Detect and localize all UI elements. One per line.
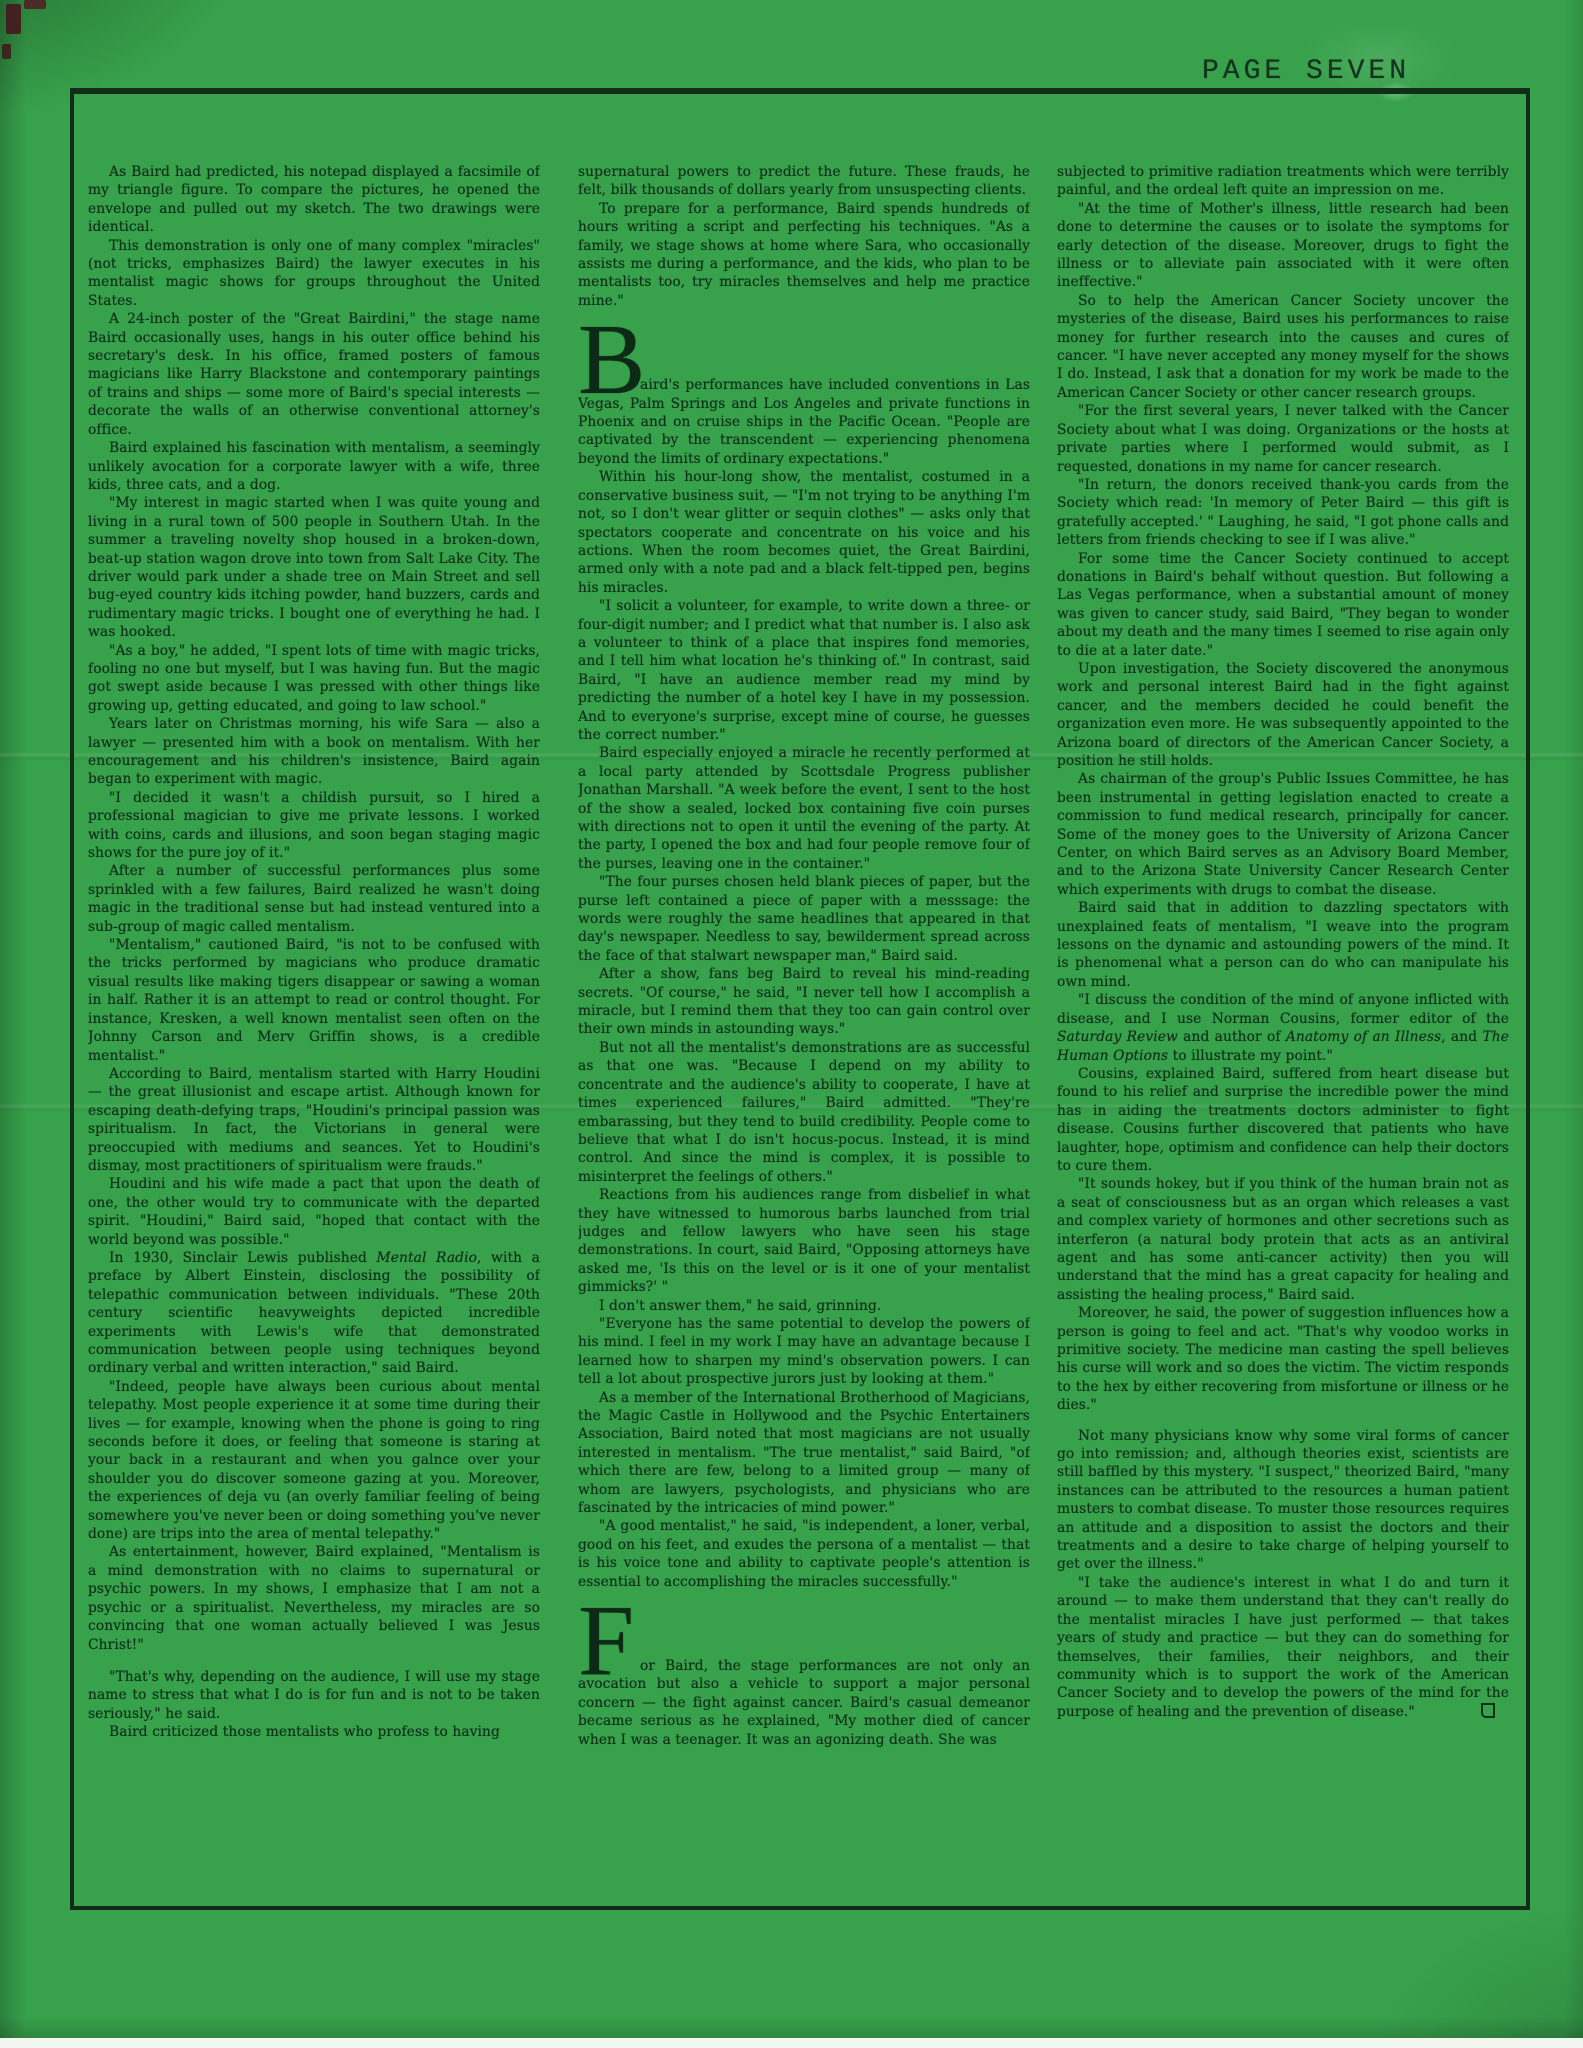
text-run: But not all the mentalist's demonstratio… bbox=[578, 1040, 1030, 1185]
paragraph: "A good mentalist," he said, "is indepen… bbox=[578, 1517, 1030, 1591]
text-run: "A good mentalist," he said, "is indepen… bbox=[578, 1518, 1030, 1589]
text-run: After a number of successful performance… bbox=[88, 863, 540, 934]
italic-title: Saturday Review bbox=[1057, 1029, 1178, 1045]
text-run: to illustrate my point." bbox=[1168, 1048, 1333, 1064]
paragraph: After a show, fans beg Baird to reveal h… bbox=[578, 965, 1030, 1039]
text-run: Baird explained his fascination with men… bbox=[88, 440, 540, 493]
paragraph: I don't answer them," he said, grinning. bbox=[578, 1297, 1030, 1315]
text-run: "In return, the donors received thank-yo… bbox=[1057, 477, 1509, 548]
paragraph: In 1930, Sinclair Lewis published Mental… bbox=[88, 1249, 540, 1378]
paragraph: As a member of the International Brother… bbox=[578, 1389, 1030, 1518]
drop-cap-letter: B bbox=[578, 319, 645, 399]
text-run: "That's why, depending on the audience, … bbox=[88, 1669, 540, 1722]
paragraph: "In return, the donors received thank-yo… bbox=[1057, 476, 1509, 550]
paragraph: "My interest in magic started when I was… bbox=[88, 494, 540, 641]
paragraph: "That's why, depending on the audience, … bbox=[88, 1668, 540, 1723]
article-column-left: As Baird had predicted, his notepad disp… bbox=[88, 163, 540, 1908]
paragraph: "I take the audience's interest in what … bbox=[1057, 1574, 1509, 1721]
text-run: As a member of the International Brother… bbox=[578, 1390, 1030, 1516]
paragraph: "At the time of Mother's illness, little… bbox=[1057, 200, 1509, 292]
text-run: I don't answer them," he said, grinning. bbox=[599, 1298, 881, 1314]
text-run: and author of bbox=[1178, 1029, 1286, 1045]
article-column-right: subjected to primitive radiation treatme… bbox=[1057, 163, 1509, 1908]
scan-artifact bbox=[6, 4, 21, 34]
text-run: "Everyone has the same potential to deve… bbox=[578, 1316, 1030, 1387]
paragraph: Baird especially enjoyed a miracle he re… bbox=[578, 744, 1030, 873]
paragraph: After a number of successful performance… bbox=[88, 862, 540, 936]
article-column-middle: supernatural powers to predict the futur… bbox=[578, 163, 1030, 1908]
text-run: Moreover, he said, the power of suggesti… bbox=[1057, 1305, 1509, 1413]
text-run: supernatural powers to predict the futur… bbox=[578, 164, 1030, 198]
paragraph: Reactions from his audiences range from … bbox=[578, 1186, 1030, 1296]
text-run: "Mentalism," cautioned Baird, "is not to… bbox=[88, 937, 540, 1063]
paragraph: subjected to primitive radiation treatme… bbox=[1057, 163, 1509, 200]
text-run: As entertainment, however, Baird explain… bbox=[88, 1544, 540, 1652]
paragraph: As entertainment, however, Baird explain… bbox=[88, 1543, 540, 1653]
paragraph: "As a boy," he added, "I spent lots of t… bbox=[88, 642, 540, 716]
paragraph: As Baird had predicted, his notepad disp… bbox=[88, 163, 540, 237]
text-run: "I discuss the condition of the mind of … bbox=[1057, 992, 1509, 1026]
text-run: "As a boy," he added, "I spent lots of t… bbox=[88, 643, 540, 714]
paragraph: Not many physicians know why some viral … bbox=[1057, 1427, 1509, 1574]
paragraph: Baird criticized those mentalists who pr… bbox=[88, 1723, 540, 1741]
text-run: "The four purses chosen held blank piece… bbox=[578, 874, 1030, 964]
paragraph: Moreover, he said, the power of suggesti… bbox=[1057, 1304, 1509, 1414]
text-run: Within his hour-long show, the mentalist… bbox=[578, 469, 1030, 595]
scan-artifact bbox=[24, 0, 46, 9]
paragraph: As chairman of the group's Public Issues… bbox=[1057, 770, 1509, 899]
text-run: Upon investigation, the Society discover… bbox=[1057, 661, 1509, 769]
paragraph: "The four purses chosen held blank piece… bbox=[578, 873, 1030, 965]
paragraph: supernatural powers to predict the futur… bbox=[578, 163, 1030, 200]
paragraph: "I decided it wasn't a childish pursuit,… bbox=[88, 789, 540, 863]
text-run: aird's performances have included conven… bbox=[578, 377, 1030, 467]
text-run: Baird especially enjoyed a miracle he re… bbox=[578, 745, 1030, 871]
text-run: or Baird, the stage performances are not… bbox=[578, 1658, 1030, 1748]
text-run: Reactions from his audiences range from … bbox=[578, 1187, 1030, 1295]
paragraph: According to Baird, mentalism started wi… bbox=[88, 1065, 540, 1175]
text-run: A 24-inch poster of the "Great Bairdini,… bbox=[88, 311, 540, 437]
drop-cap-letter: F bbox=[578, 1600, 634, 1680]
text-run: As Baird had predicted, his notepad disp… bbox=[88, 164, 540, 235]
text-run: As chairman of the group's Public Issues… bbox=[1057, 771, 1509, 897]
text-run: "At the time of Mother's illness, little… bbox=[1057, 201, 1509, 291]
paragraph: To prepare for a performance, Baird spen… bbox=[578, 200, 1030, 310]
paragraph: "It sounds hokey, but if you think of th… bbox=[1057, 1175, 1509, 1304]
text-run: In 1930, Sinclair Lewis published bbox=[109, 1250, 377, 1266]
page-number-label: PAGE SEVEN bbox=[1202, 56, 1410, 87]
paragraph: For some time the Cancer Society continu… bbox=[1057, 550, 1509, 660]
paragraph: Baird explained his fascination with men… bbox=[88, 439, 540, 494]
paragraph: So to help the American Cancer Society u… bbox=[1057, 292, 1509, 402]
text-run: "It sounds hokey, but if you think of th… bbox=[1057, 1176, 1509, 1302]
paragraph: This demonstration is only one of many c… bbox=[88, 237, 540, 311]
paragraph: For Baird, the stage performances are no… bbox=[578, 1657, 1030, 1749]
paragraph: "I solicit a volunteer, for example, to … bbox=[578, 597, 1030, 744]
scan-edge bbox=[0, 2038, 1583, 2048]
text-run: , and bbox=[1441, 1029, 1482, 1045]
paragraph: "I discuss the condition of the mind of … bbox=[1057, 991, 1509, 1065]
paragraph: But not all the mentalist's demonstratio… bbox=[578, 1039, 1030, 1186]
text-run: "For the first several years, I never ta… bbox=[1057, 403, 1509, 474]
paragraph: Baird's performances have included conve… bbox=[578, 376, 1030, 468]
text-run: Baird criticized those mentalists who pr… bbox=[109, 1724, 500, 1740]
text-run: "I solicit a volunteer, for example, to … bbox=[578, 598, 1030, 743]
paragraph: A 24-inch poster of the "Great Bairdini,… bbox=[88, 310, 540, 439]
text-run: To prepare for a performance, Baird spen… bbox=[578, 201, 1030, 309]
paragraph: "Everyone has the same potential to deve… bbox=[578, 1315, 1030, 1389]
text-run: Cousins, explained Baird, suffered from … bbox=[1057, 1066, 1509, 1174]
text-run: For some time the Cancer Society continu… bbox=[1057, 551, 1509, 659]
text-run: "I take the audience's interest in what … bbox=[1057, 1575, 1509, 1720]
italic-title: Mental Radio bbox=[377, 1250, 477, 1266]
end-of-article-mark bbox=[1481, 1703, 1495, 1718]
text-run: So to help the American Cancer Society u… bbox=[1057, 293, 1509, 401]
paragraph: "For the first several years, I never ta… bbox=[1057, 402, 1509, 476]
text-run: Years later on Christmas morning, his wi… bbox=[88, 716, 540, 787]
paragraph: Upon investigation, the Society discover… bbox=[1057, 660, 1509, 770]
text-run: "I decided it wasn't a childish pursuit,… bbox=[88, 790, 540, 861]
green-paper-page: PAGE SEVEN As Baird had predicted, his n… bbox=[0, 0, 1583, 2038]
text-run: Not many physicians know why some viral … bbox=[1057, 1428, 1509, 1573]
text-run: subjected to primitive radiation treatme… bbox=[1057, 164, 1509, 198]
scan-artifact bbox=[2, 44, 11, 59]
text-run: After a show, fans beg Baird to reveal h… bbox=[578, 966, 1030, 1037]
text-run: This demonstration is only one of many c… bbox=[88, 238, 540, 309]
text-run: , with a preface by Albert Einstein, dis… bbox=[88, 1250, 540, 1376]
text-run: Baird said that in addition to dazzling … bbox=[1057, 900, 1509, 990]
paragraph: Years later on Christmas morning, his wi… bbox=[88, 715, 540, 789]
paragraph: Baird said that in addition to dazzling … bbox=[1057, 899, 1509, 991]
text-run: "Indeed, people have always been curious… bbox=[88, 1379, 540, 1542]
paragraph: Within his hour-long show, the mentalist… bbox=[578, 468, 1030, 597]
italic-title: Anatomy of an Illness bbox=[1286, 1029, 1441, 1045]
text-run: Houdini and his wife made a pact that up… bbox=[88, 1176, 540, 1247]
text-run: "My interest in magic started when I was… bbox=[88, 495, 540, 640]
paragraph: Houdini and his wife made a pact that up… bbox=[88, 1175, 540, 1249]
paragraph: "Mentalism," cautioned Baird, "is not to… bbox=[88, 936, 540, 1065]
paragraph: Cousins, explained Baird, suffered from … bbox=[1057, 1065, 1509, 1175]
text-run: According to Baird, mentalism started wi… bbox=[88, 1066, 540, 1174]
paragraph: "Indeed, people have always been curious… bbox=[88, 1378, 540, 1544]
